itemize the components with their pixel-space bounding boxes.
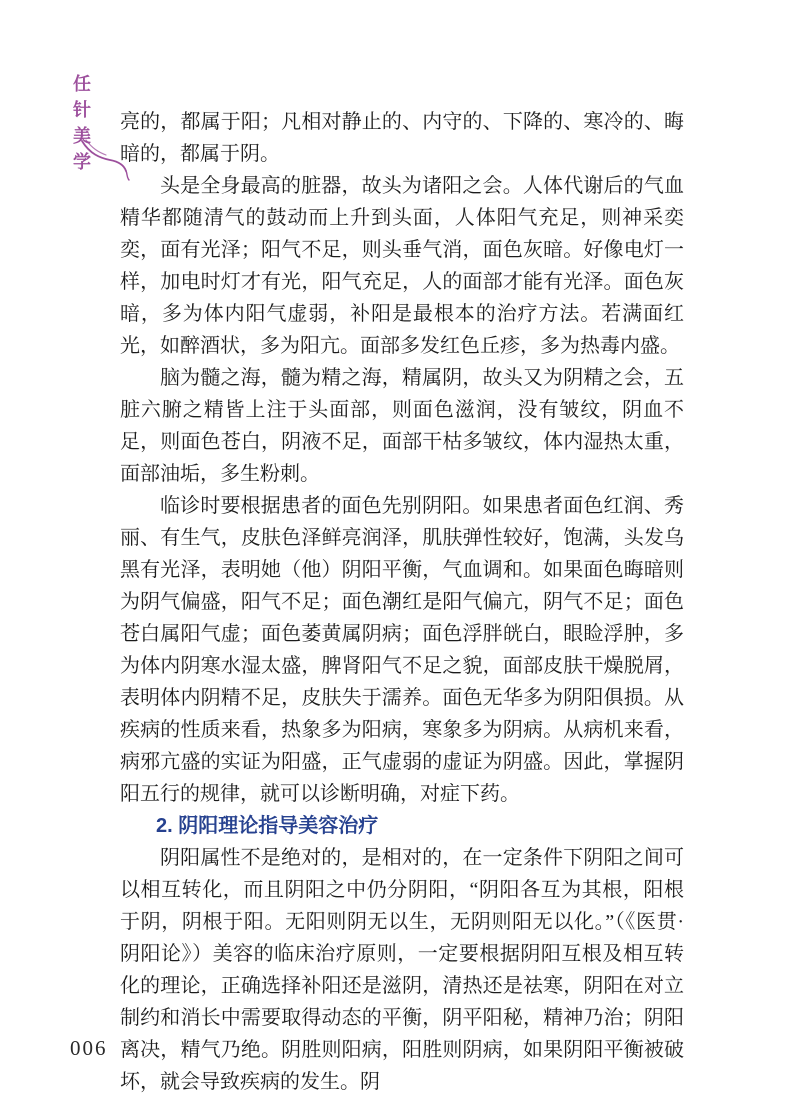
page-number: 006 [70,1036,108,1061]
paragraph: 脑为髓之海，髓为精之海，精属阴，故头又为阴精之会，五脏六腑之精皆上注于头面部，则… [120,362,684,490]
book-page: 任针美学 亮的，都属于阳；凡相对静止的、内守的、下降的、寒冷的、晦暗的，都属于阴… [0,0,800,1118]
spine-label: 任针美学 [72,74,90,178]
paragraph-continuation: 亮的，都属于阳；凡相对静止的、内守的、下降的、寒冷的、晦暗的，都属于阴。 [120,106,684,170]
paragraph: 阴阳属性不是绝对的，是相对的，在一定条件下阴阳之间可以相互转化，而且阴阳之中仍分… [120,842,684,1098]
paragraph: 临诊时要根据患者的面色先别阴阳。如果患者面色红润、秀丽、有生气，皮肤色泽鲜亮润泽… [120,490,684,810]
section-heading: 2. 阴阳理论指导美容治疗 [120,810,684,842]
paragraph: 头是全身最高的脏器，故头为诸阳之会。人体代谢后的气血精华都随清气的鼓动而上升到头… [120,170,684,362]
page-body: 亮的，都属于阳；凡相对静止的、内守的、下降的、寒冷的、晦暗的，都属于阴。 头是全… [120,106,684,1098]
